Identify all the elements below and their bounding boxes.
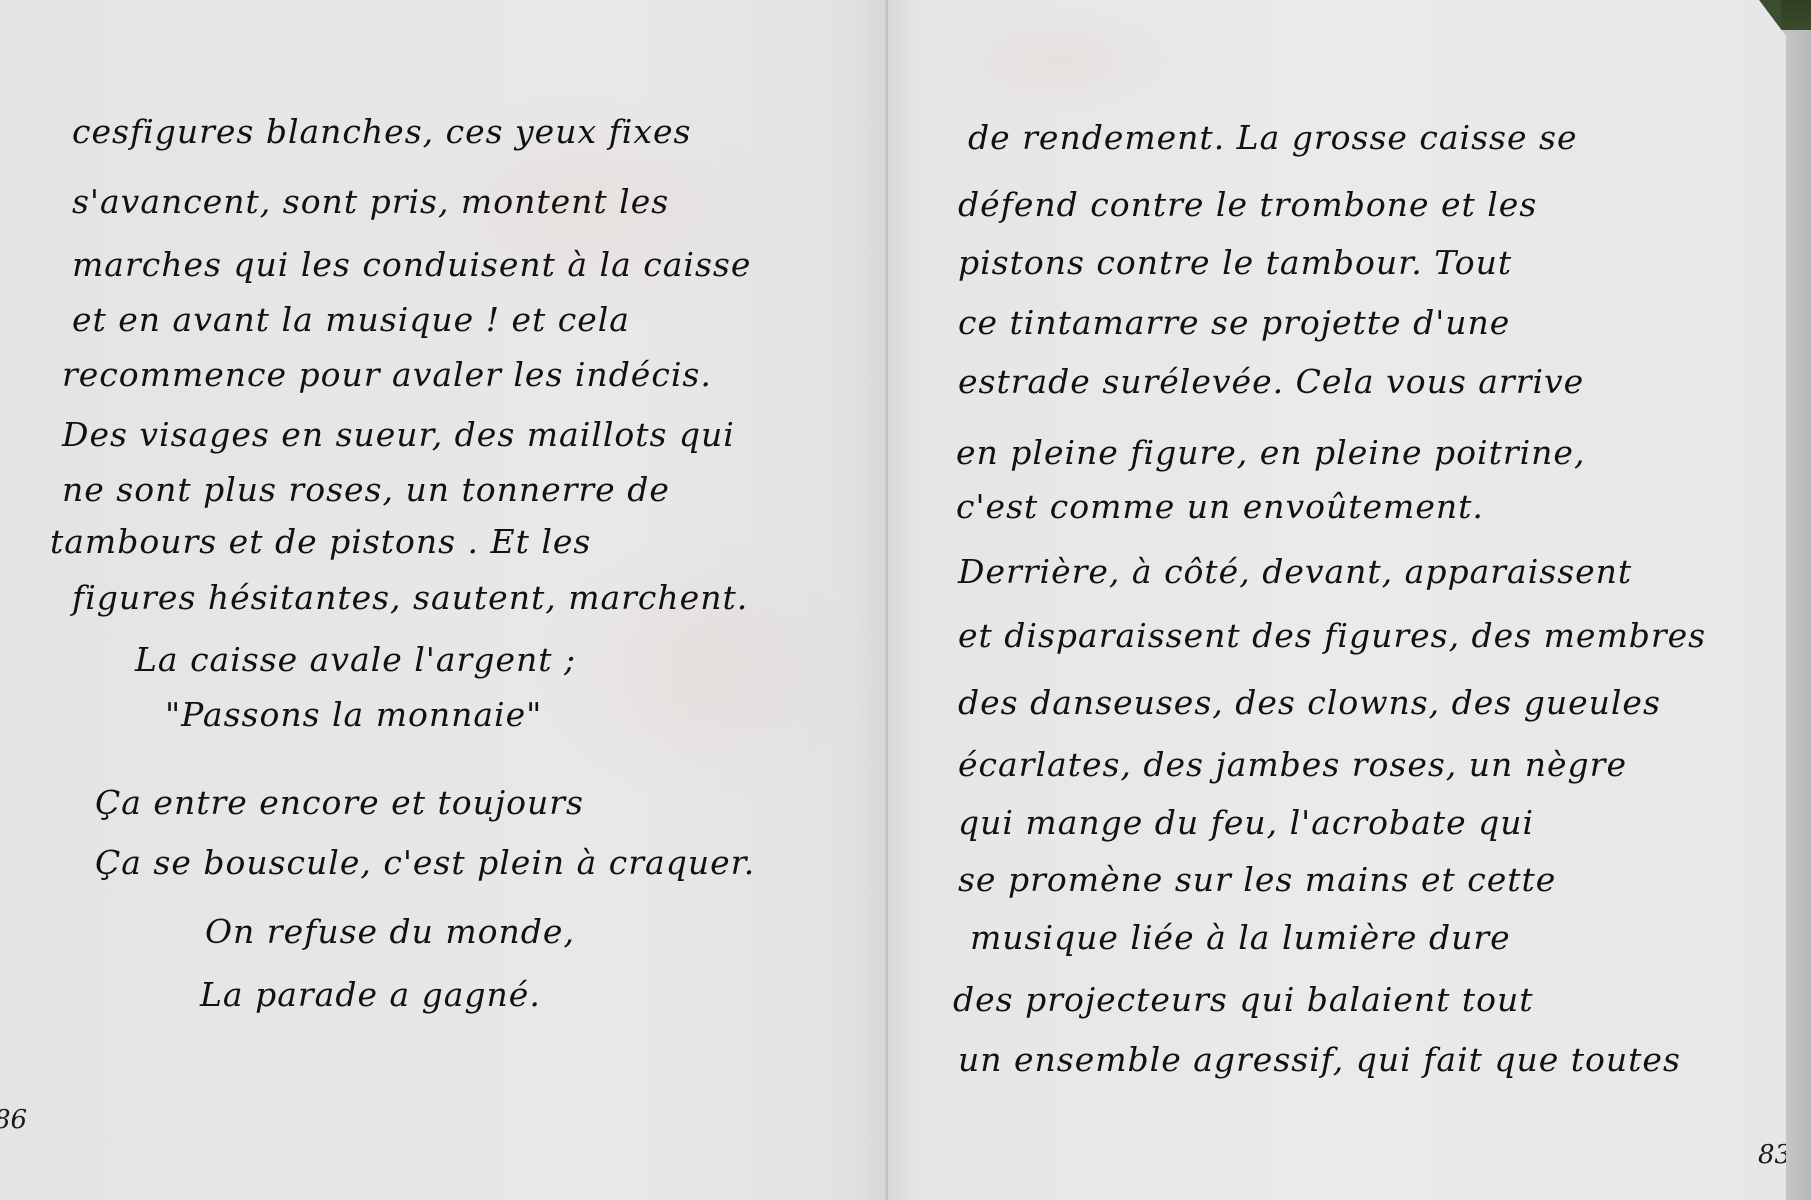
handwritten-line: un ensemble agressif, qui fait que toute… [958,1040,1681,1080]
handwritten-line: On refuse du monde, [205,912,575,952]
handwritten-line: c'est comme un envoûtement. [956,487,1484,527]
handwritten-line: recommence pour avaler les indécis. [62,355,712,395]
handwritten-line: Derrière, à côté, devant, apparaissent [958,552,1632,592]
handwritten-line: qui mange du feu, l'acrobate qui [958,803,1534,843]
handwritten-line: La caisse avale l'argent ; [135,640,576,680]
handwritten-line: en pleine figure, en pleine poitrine, [956,433,1585,473]
paper-stain [928,0,1188,120]
handwritten-line: pistons contre le tambour. Tout [958,243,1512,283]
handwritten-line: estrade surélevée. Cela vous arrive [958,362,1584,402]
handwritten-line: défend contre le trombone et les [958,185,1537,225]
handwritten-line: La parade a gagné. [200,975,541,1015]
handwritten-line: et disparaissent des figures, des membre… [958,616,1706,656]
handwritten-line: Des visages en sueur, des maillots qui [62,415,735,455]
handwritten-line: cesfigures blanches, ces yeux fixes [72,112,691,152]
handwritten-line: ne sont plus roses, un tonnerre de [62,470,670,510]
right-page: de rendement. La grosse caisse se défend… [888,0,1786,1200]
handwritten-line: "Passons la monnaie" [165,695,542,735]
handwritten-line: des projecteurs qui balaient tout [953,980,1534,1020]
handwritten-line: tambours et de pistons . Et les [50,522,591,562]
left-page: cesfigures blanches, ces yeux fixes s'av… [0,0,888,1200]
handwritten-line: Ça se bouscule, c'est plein à craquer. [95,843,755,883]
handwritten-line: se promène sur les mains et cette [958,860,1556,900]
page-number: 86 [0,1105,27,1135]
handwritten-line: s'avancent, sont pris, montent les [72,182,669,222]
handwritten-line: des danseuses, des clowns, des gueules [958,683,1661,723]
book-spread: cesfigures blanches, ces yeux fixes s'av… [0,0,1811,1200]
handwritten-line: écarlates, des jambes roses, un nègre [958,745,1627,785]
handwritten-line: de rendement. La grosse caisse se [968,118,1577,158]
handwritten-line: marches qui les conduisent à la caisse [72,245,751,285]
handwritten-line: musique liée à la lumière dure [970,918,1511,958]
handwritten-line: et en avant la musique ! et cela [72,300,630,340]
handwritten-line: ce tintamarre se projette d'une [958,303,1510,343]
handwritten-line: figures hésitantes, sautent, marchent. [72,578,748,618]
handwritten-line: Ça entre encore et toujours [95,783,584,823]
